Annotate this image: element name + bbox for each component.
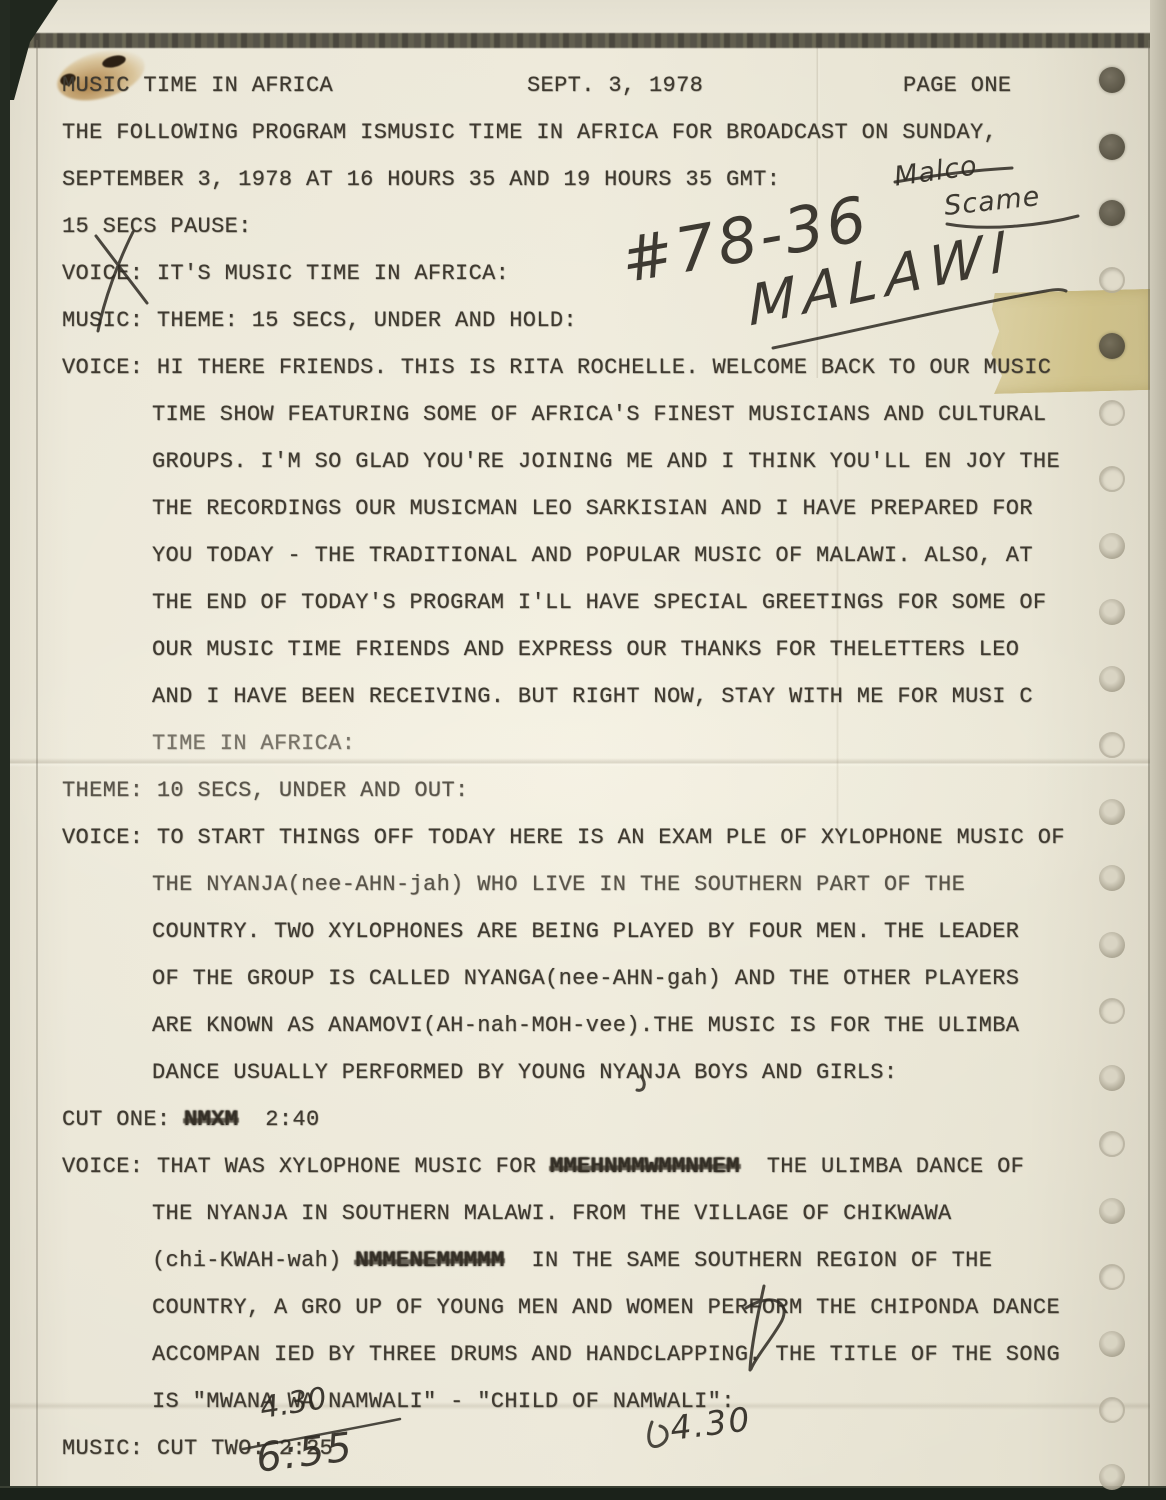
typed-line: DANCE USUALLY PERFORMED BY YOUNG NYANJA … [62,1049,1102,1096]
typed-overstrike: NMXM [184,1107,238,1132]
typed-overstrike: NMMENEMMMMM [355,1248,504,1273]
typed-line: TIME SHOW FEATURING SOME OF AFRICA'S FIN… [62,391,1102,438]
typed-text: CUT ONE: [62,1107,184,1132]
punch-hole [1099,533,1125,559]
typed-text: ACCOMPAN IED BY THREE DRUMS AND HANDCLAP… [152,1342,1060,1367]
header-cell: PAGE ONE [903,62,1011,109]
punch-hole [1099,1198,1125,1224]
scanned-script-page: MUSIC TIME IN AFRICASEPT. 3, 1978PAGE ON… [0,0,1166,1500]
typed-line: AND I HAVE BEEN RECEIVING. BUT RIGHT NOW… [62,673,1102,720]
typed-text: THE RECORDINGS OUR MUSICMAN LEO SARKISIA… [152,496,1033,521]
typed-line: COUNTRY. TWO XYLOPHONES ARE BEING PLAYED… [62,908,1102,955]
punch-hole [1099,1397,1125,1423]
typed-text: MUSIC: THEME: 15 SECS, UNDER AND HOLD: [62,308,577,333]
typed-text: THE ULIMBA DANCE OF [740,1154,1025,1179]
punch-hole [1099,1131,1125,1157]
typed-line: CUT ONE: NMXM 2:40 [62,1096,1102,1143]
punch-hole [1099,865,1125,891]
typed-text: SEPTEMBER 3, 1978 AT 16 HOURS 35 AND 19 … [62,167,780,192]
typed-text: GROUPS. I'M SO GLAD YOU'RE JOINING ME AN… [152,449,1060,474]
typed-line: GROUPS. I'M SO GLAD YOU'RE JOINING ME AN… [62,438,1102,485]
typed-line: IS "MWANA WA NAMWALI" - "CHILD OF NAMWAL… [62,1378,1102,1425]
typed-text: THE NYANJA(nee-AHN-jah) WHO LIVE IN THE … [152,872,965,897]
punch-hole [1099,67,1125,93]
typed-text: VOICE: TO START THINGS OFF TODAY HERE IS… [62,825,1065,850]
typed-line: OUR MUSIC TIME FRIENDS AND EXPRESS OUR T… [62,626,1102,673]
punch-hole [1099,1331,1125,1357]
page-left-edge-line [36,40,38,1488]
typed-line: VOICE: HI THERE FRIENDS. THIS IS RITA RO… [62,344,1102,391]
typed-line: MUSIC: CUT TWO: 2:25 [62,1425,1102,1472]
typed-text: OUR MUSIC TIME FRIENDS AND EXPRESS OUR T… [152,637,1019,662]
typed-line: ARE KNOWN AS ANAMOVI(AH-nah-MOH-vee).THE… [62,1002,1102,1049]
typed-text: YOU TODAY - THE TRADITIONAL AND POPULAR … [152,543,1033,568]
header-cell: MUSIC TIME IN AFRICA [62,62,333,109]
typed-text: COUNTRY, A GRO UP OF YOUNG MEN AND WOMEN… [152,1295,1060,1320]
punch-hole [1099,333,1125,359]
typed-line: THE NYANJA IN SOUTHERN MALAWI. FROM THE … [62,1190,1102,1237]
scan-bottom-edge [0,1486,1166,1500]
typed-line: MUSIC: THEME: 15 SECS, UNDER AND HOLD: [62,297,1102,344]
punch-hole [1099,932,1125,958]
punch-hole [1099,666,1125,692]
typed-text: OF THE GROUP IS CALLED NYANGA(nee-AHN-ga… [152,966,1019,991]
punch-hole [1099,1065,1125,1091]
punch-hole [1099,732,1125,758]
punch-hole [1099,1464,1125,1490]
typed-text: 2:40 [238,1107,319,1132]
typed-line: COUNTRY, A GRO UP OF YOUNG MEN AND WOMEN… [62,1284,1102,1331]
scan-left-edge [0,0,10,1500]
typed-text: THEME: 10 SECS, UNDER AND OUT: [62,778,469,803]
header-cell: SEPT. 3, 1978 [527,62,703,109]
page-right-edge-line [1148,40,1150,1488]
scan-right-margin [1150,0,1166,1500]
typed-overstrike: MMEHNMMWMMNMEM [550,1154,740,1179]
typed-text: THE END OF TODAY'S PROGRAM I'LL HAVE SPE… [152,590,1046,615]
punch-hole [1099,267,1125,293]
typed-text: VOICE: HI THERE FRIENDS. THIS IS RITA RO… [62,355,1051,380]
punch-hole [1099,400,1125,426]
typed-text: IS "MWANA WA NAMWALI" - "CHILD OF NAMWAL… [152,1389,735,1414]
scan-dark-band [0,33,1166,48]
typed-text: TIME SHOW FEATURING SOME OF AFRICA'S FIN… [152,402,1046,427]
typed-text: AND I HAVE BEEN RECEIVING. BUT RIGHT NOW… [152,684,1033,709]
typed-line: ACCOMPAN IED BY THREE DRUMS AND HANDCLAP… [62,1331,1102,1378]
typed-line: VOICE: TO START THINGS OFF TODAY HERE IS… [62,814,1102,861]
typed-text: (chi-KWAH-wah) [152,1248,355,1273]
punch-hole [1099,1264,1125,1290]
typed-line: OF THE GROUP IS CALLED NYANGA(nee-AHN-ga… [62,955,1102,1002]
typed-line: YOU TODAY - THE TRADITIONAL AND POPULAR … [62,532,1102,579]
typed-text: THE NYANJA IN SOUTHERN MALAWI. FROM THE … [152,1201,952,1226]
punch-hole [1099,998,1125,1024]
typed-text: TIME IN AFRICA: [152,731,355,756]
typed-line: THE END OF TODAY'S PROGRAM I'LL HAVE SPE… [62,579,1102,626]
typed-text: VOICE: IT'S MUSIC TIME IN AFRICA: [62,261,509,286]
scan-top-strip [0,0,1166,34]
punch-hole [1099,200,1125,226]
typed-line: THEME: 10 SECS, UNDER AND OUT: [62,767,1102,814]
punch-hole [1099,799,1125,825]
typed-text: COUNTRY. TWO XYLOPHONES ARE BEING PLAYED… [152,919,1019,944]
typed-text: IN THE SAME SOUTHERN REGION OF THE [504,1248,992,1273]
typed-line: THE FOLLOWING PROGRAM ISMUSIC TIME IN AF… [62,109,1102,156]
typed-line: (chi-KWAH-wah) NMMENEMMMMM IN THE SAME S… [62,1237,1102,1284]
typed-line: TIME IN AFRICA: [62,720,1102,767]
typed-line: VOICE: THAT WAS XYLOPHONE MUSIC FOR MMEH… [62,1143,1102,1190]
typed-text: 15 SECS PAUSE: [62,214,252,239]
typed-line: THE NYANJA(nee-AHN-jah) WHO LIVE IN THE … [62,861,1102,908]
punch-hole [1099,466,1125,492]
typed-header-line: MUSIC TIME IN AFRICASEPT. 3, 1978PAGE ON… [62,62,1102,109]
punch-hole [1099,134,1125,160]
typed-line: THE RECORDINGS OUR MUSICMAN LEO SARKISIA… [62,485,1102,532]
typed-text: THE FOLLOWING PROGRAM ISMUSIC TIME IN AF… [62,120,997,145]
typed-text: VOICE: THAT WAS XYLOPHONE MUSIC FOR [62,1154,550,1179]
typed-text: DANCE USUALLY PERFORMED BY YOUNG NYANJA … [152,1060,897,1085]
punch-hole [1099,599,1125,625]
typed-text: ARE KNOWN AS ANAMOVI(AH-nah-MOH-vee).THE… [152,1013,1019,1038]
